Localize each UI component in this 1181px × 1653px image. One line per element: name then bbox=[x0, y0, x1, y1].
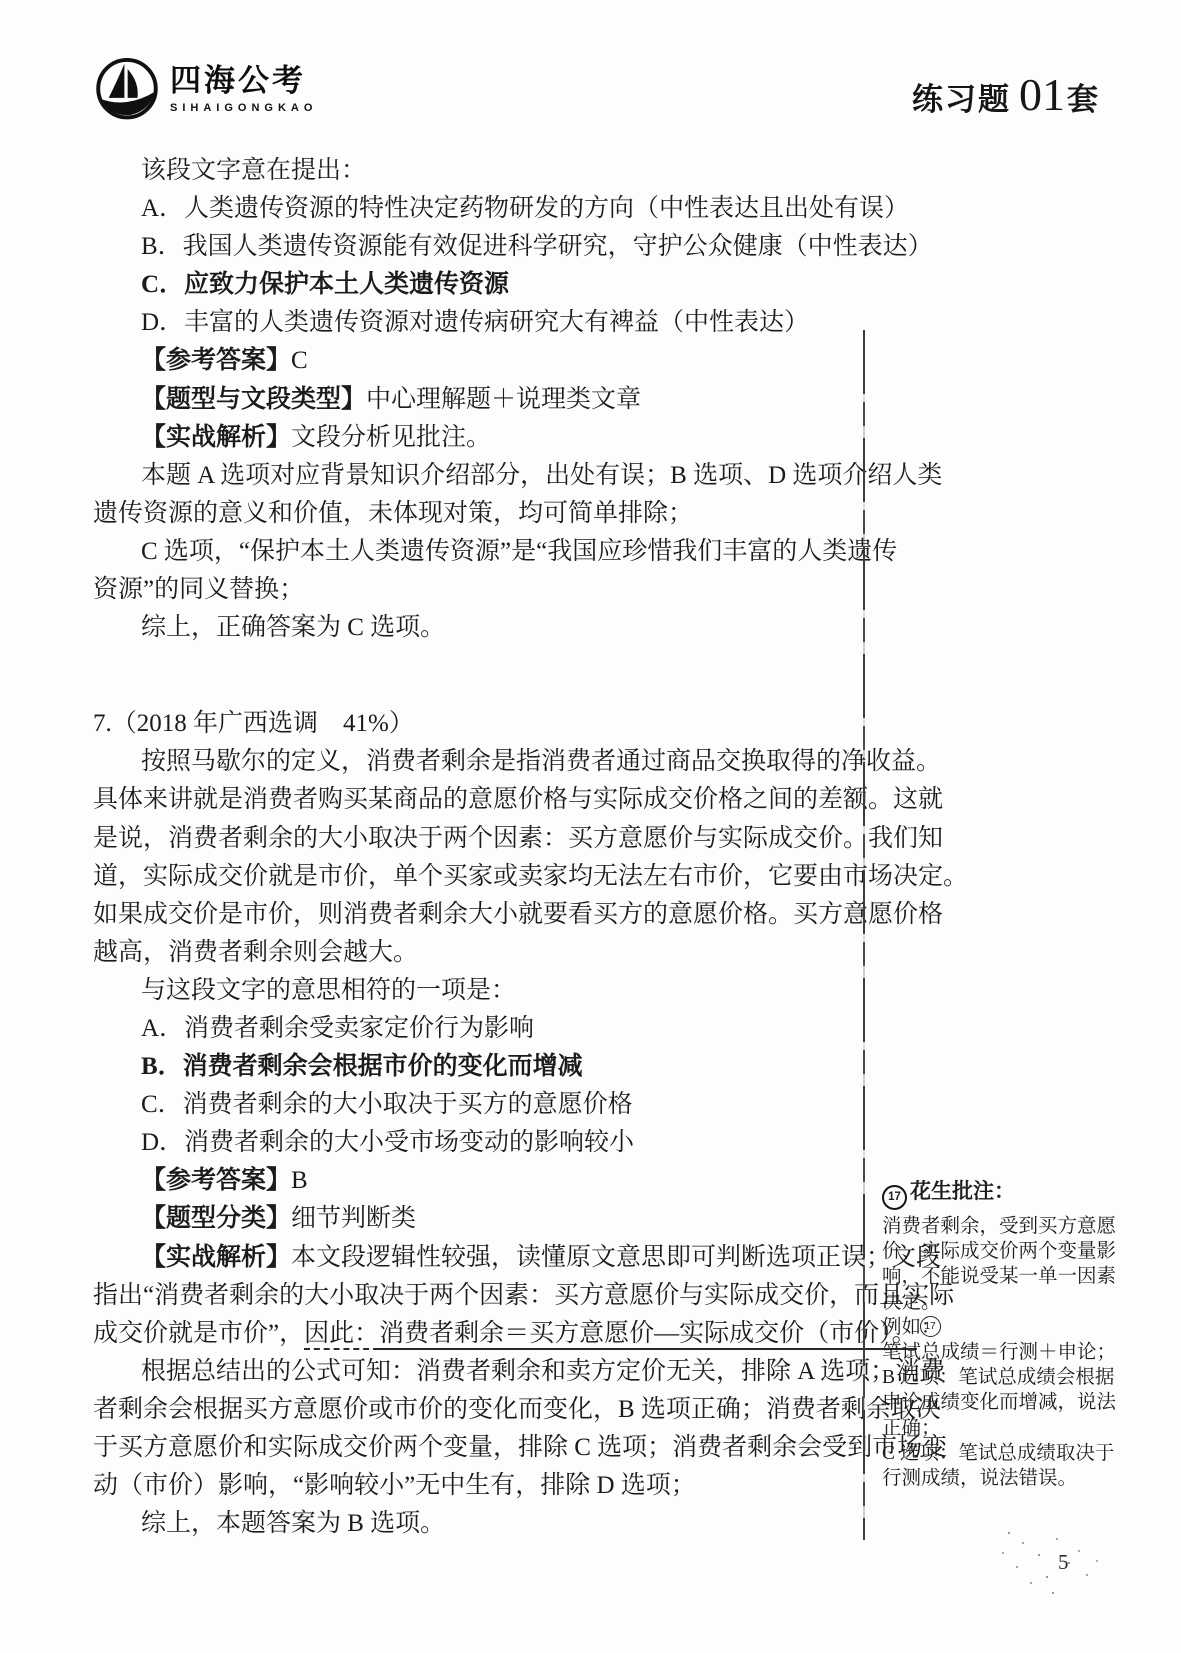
text-line: 【实战解析】本文段逻辑性较强，读懂原文意思即可判断选项正误；文段 bbox=[93, 1239, 838, 1277]
annotation-divider-line bbox=[863, 330, 865, 1540]
annotation-title: 17花生批注： bbox=[882, 1176, 1147, 1210]
text-line: 【参考答案】B bbox=[93, 1162, 838, 1200]
text-line: 是说，消费者剩余的大小取决于两个因素：买方意愿价与实际成交价。我们知 bbox=[93, 820, 838, 858]
set-suffix: 套 bbox=[1067, 74, 1100, 119]
text-line: 行测成绩，说法错误。 bbox=[882, 1466, 1147, 1491]
text-line: 【参考答案】C bbox=[93, 342, 838, 380]
circled-number-17-icon: 17 bbox=[882, 1185, 907, 1210]
text-line: 响，不能说受某一单一因素 bbox=[882, 1264, 1147, 1289]
text-line: 与这段文字的意思相符的一项是： bbox=[93, 972, 838, 1010]
text-line: A．人类遗传资源的特性决定药物研发的方向（中性表达且出处有误） bbox=[93, 190, 838, 228]
text-line: 如果成交价是市价，则消费者剩余大小就要看买方的意愿价格。买方意愿价格 bbox=[93, 896, 838, 934]
brand-text-block: 四海公考 SIHAIGONGKAO bbox=[170, 56, 317, 114]
annotation-body: 消费者剩余，受到买方意愿价、实际成交价两个变量影响，不能说受某一单一因素决定。例… bbox=[882, 1214, 1147, 1491]
text-line: C 选项：笔试总成绩取决于 bbox=[882, 1441, 1147, 1466]
text-line: 7.（2018 年广西选调 41%） bbox=[93, 705, 838, 743]
text-line: 指出“消费者剩余的大小取决于两个因素：买方意愿价与实际成交价，而且实际 bbox=[93, 1277, 838, 1315]
sailboat-logo-icon bbox=[94, 56, 160, 124]
text-line: D．丰富的人类遗传资源对遗传病研究大有裨益（中性表达） bbox=[93, 304, 838, 342]
question-6-analysis-section: 该段文字意在提出：A．人类遗传资源的特性决定药物研发的方向（中性表达且出处有误）… bbox=[93, 152, 838, 647]
practice-set-title: 练习题 01 套 bbox=[912, 68, 1100, 121]
text-line: 具体来讲就是消费者购买某商品的意愿价格与实际成交价格之间的差额。这就 bbox=[93, 781, 838, 819]
text-line: 道，实际成交价就是市价，单个买家或卖家均无法左右市价，它要由市场决定。 bbox=[93, 858, 838, 896]
text-line: 越高，消费者剩余则会越大。 bbox=[93, 934, 838, 972]
text-line: 本题 A 选项对应背景知识介绍部分，出处有误；B 选项、D 选项介绍人类 bbox=[93, 457, 838, 495]
text-line: 价、实际成交价两个变量影 bbox=[882, 1239, 1147, 1264]
text-line: 笔试总成绩＝行测＋申论； bbox=[882, 1340, 1147, 1365]
text-line: 申论成绩变化而增减，说法 bbox=[882, 1390, 1147, 1415]
text-line: B．消费者剩余会根据市价的变化而增减 bbox=[93, 1048, 838, 1086]
text-line: 资源”的同义替换； bbox=[93, 571, 838, 609]
brand-subtitle: SIHAIGONGKAO bbox=[170, 102, 317, 114]
text-line: 动（市价）影响，“影响较小”无中生有，排除 D 选项； bbox=[93, 1467, 838, 1505]
text-line: B．我国人类遗传资源能有效促进科学研究，守护公众健康（中性表达） bbox=[93, 228, 838, 266]
text-line: 成交价就是市价”，因此：消费者剩余＝买方意愿价—实际成交价（市价）。17 bbox=[93, 1315, 838, 1353]
set-label: 练习题 bbox=[912, 74, 1011, 119]
text-line: 例如： bbox=[882, 1315, 1147, 1340]
text-line: 综上，本题答案为 B 选项。 bbox=[93, 1505, 838, 1543]
text-line: C 选项，“保护本土人类遗传资源”是“我国应珍惜我们丰富的人类遗传 bbox=[93, 533, 838, 571]
text-line: 【实战解析】文段分析见批注。 bbox=[93, 419, 838, 457]
question-content-column: 该段文字意在提出：A．人类遗传资源的特性决定药物研发的方向（中性表达且出处有误）… bbox=[93, 152, 838, 1543]
brand-header: 四海公考 SIHAIGONGKAO bbox=[94, 56, 317, 124]
scan-noise-speckles bbox=[1008, 1532, 1010, 1534]
text-line: B 选项：笔试总成绩会根据 bbox=[882, 1365, 1147, 1390]
text-line: 【题型分类】细节判断类 bbox=[93, 1200, 838, 1238]
text-line: 按照马歇尔的定义，消费者剩余是指消费者通过商品交换取得的净收益。 bbox=[93, 743, 838, 781]
text-line: 该段文字意在提出： bbox=[93, 152, 838, 190]
question-7-section: 7.（2018 年广西选调 41%）按照马歇尔的定义，消费者剩余是指消费者通过商… bbox=[93, 705, 838, 1543]
set-number: 01 bbox=[1019, 68, 1065, 121]
brand-name: 四海公考 bbox=[170, 64, 317, 98]
text-line: A．消费者剩余受卖家定价行为影响 bbox=[93, 1010, 838, 1048]
text-line: C．消费者剩余的大小取决于买方的意愿价格 bbox=[93, 1086, 838, 1124]
text-line: 遗传资源的意义和价值，未体现对策，均可简单排除； bbox=[93, 495, 838, 533]
annotation-title-text: 花生批注： bbox=[910, 1179, 1015, 1203]
text-line: 综上，正确答案为 C 选项。 bbox=[93, 609, 838, 647]
text-line: 者剩余会根据买方意愿价或市价的变化而变化，B 选项正确；消费者剩余取决 bbox=[93, 1391, 838, 1429]
annotation-sidebar: 17花生批注： 消费者剩余，受到买方意愿价、实际成交价两个变量影响，不能说受某一… bbox=[882, 1176, 1147, 1491]
text-line: 根据总结出的公式可知：消费者剩余和卖方定价无关，排除 A 选项；消费 bbox=[93, 1353, 838, 1391]
text-line: 决定。 bbox=[882, 1290, 1147, 1315]
text-line: 于买方意愿价和实际成交价两个变量，排除 C 选项；消费者剩余会受到市场变 bbox=[93, 1429, 838, 1467]
scanned-exam-page: 四海公考 SIHAIGONGKAO 练习题 01 套 该段文字意在提出：A．人类… bbox=[0, 0, 1181, 1653]
text-line: 正确； bbox=[882, 1416, 1147, 1441]
text-line: 消费者剩余，受到买方意愿 bbox=[882, 1214, 1147, 1239]
text-line: 【题型与文段类型】中心理解题＋说理类文章 bbox=[93, 381, 838, 419]
page-number: 5 bbox=[1058, 1550, 1069, 1575]
text-line: C．应致力保护本土人类遗传资源 bbox=[93, 266, 838, 304]
text-line: D．消费者剩余的大小受市场变动的影响较小 bbox=[93, 1124, 838, 1162]
